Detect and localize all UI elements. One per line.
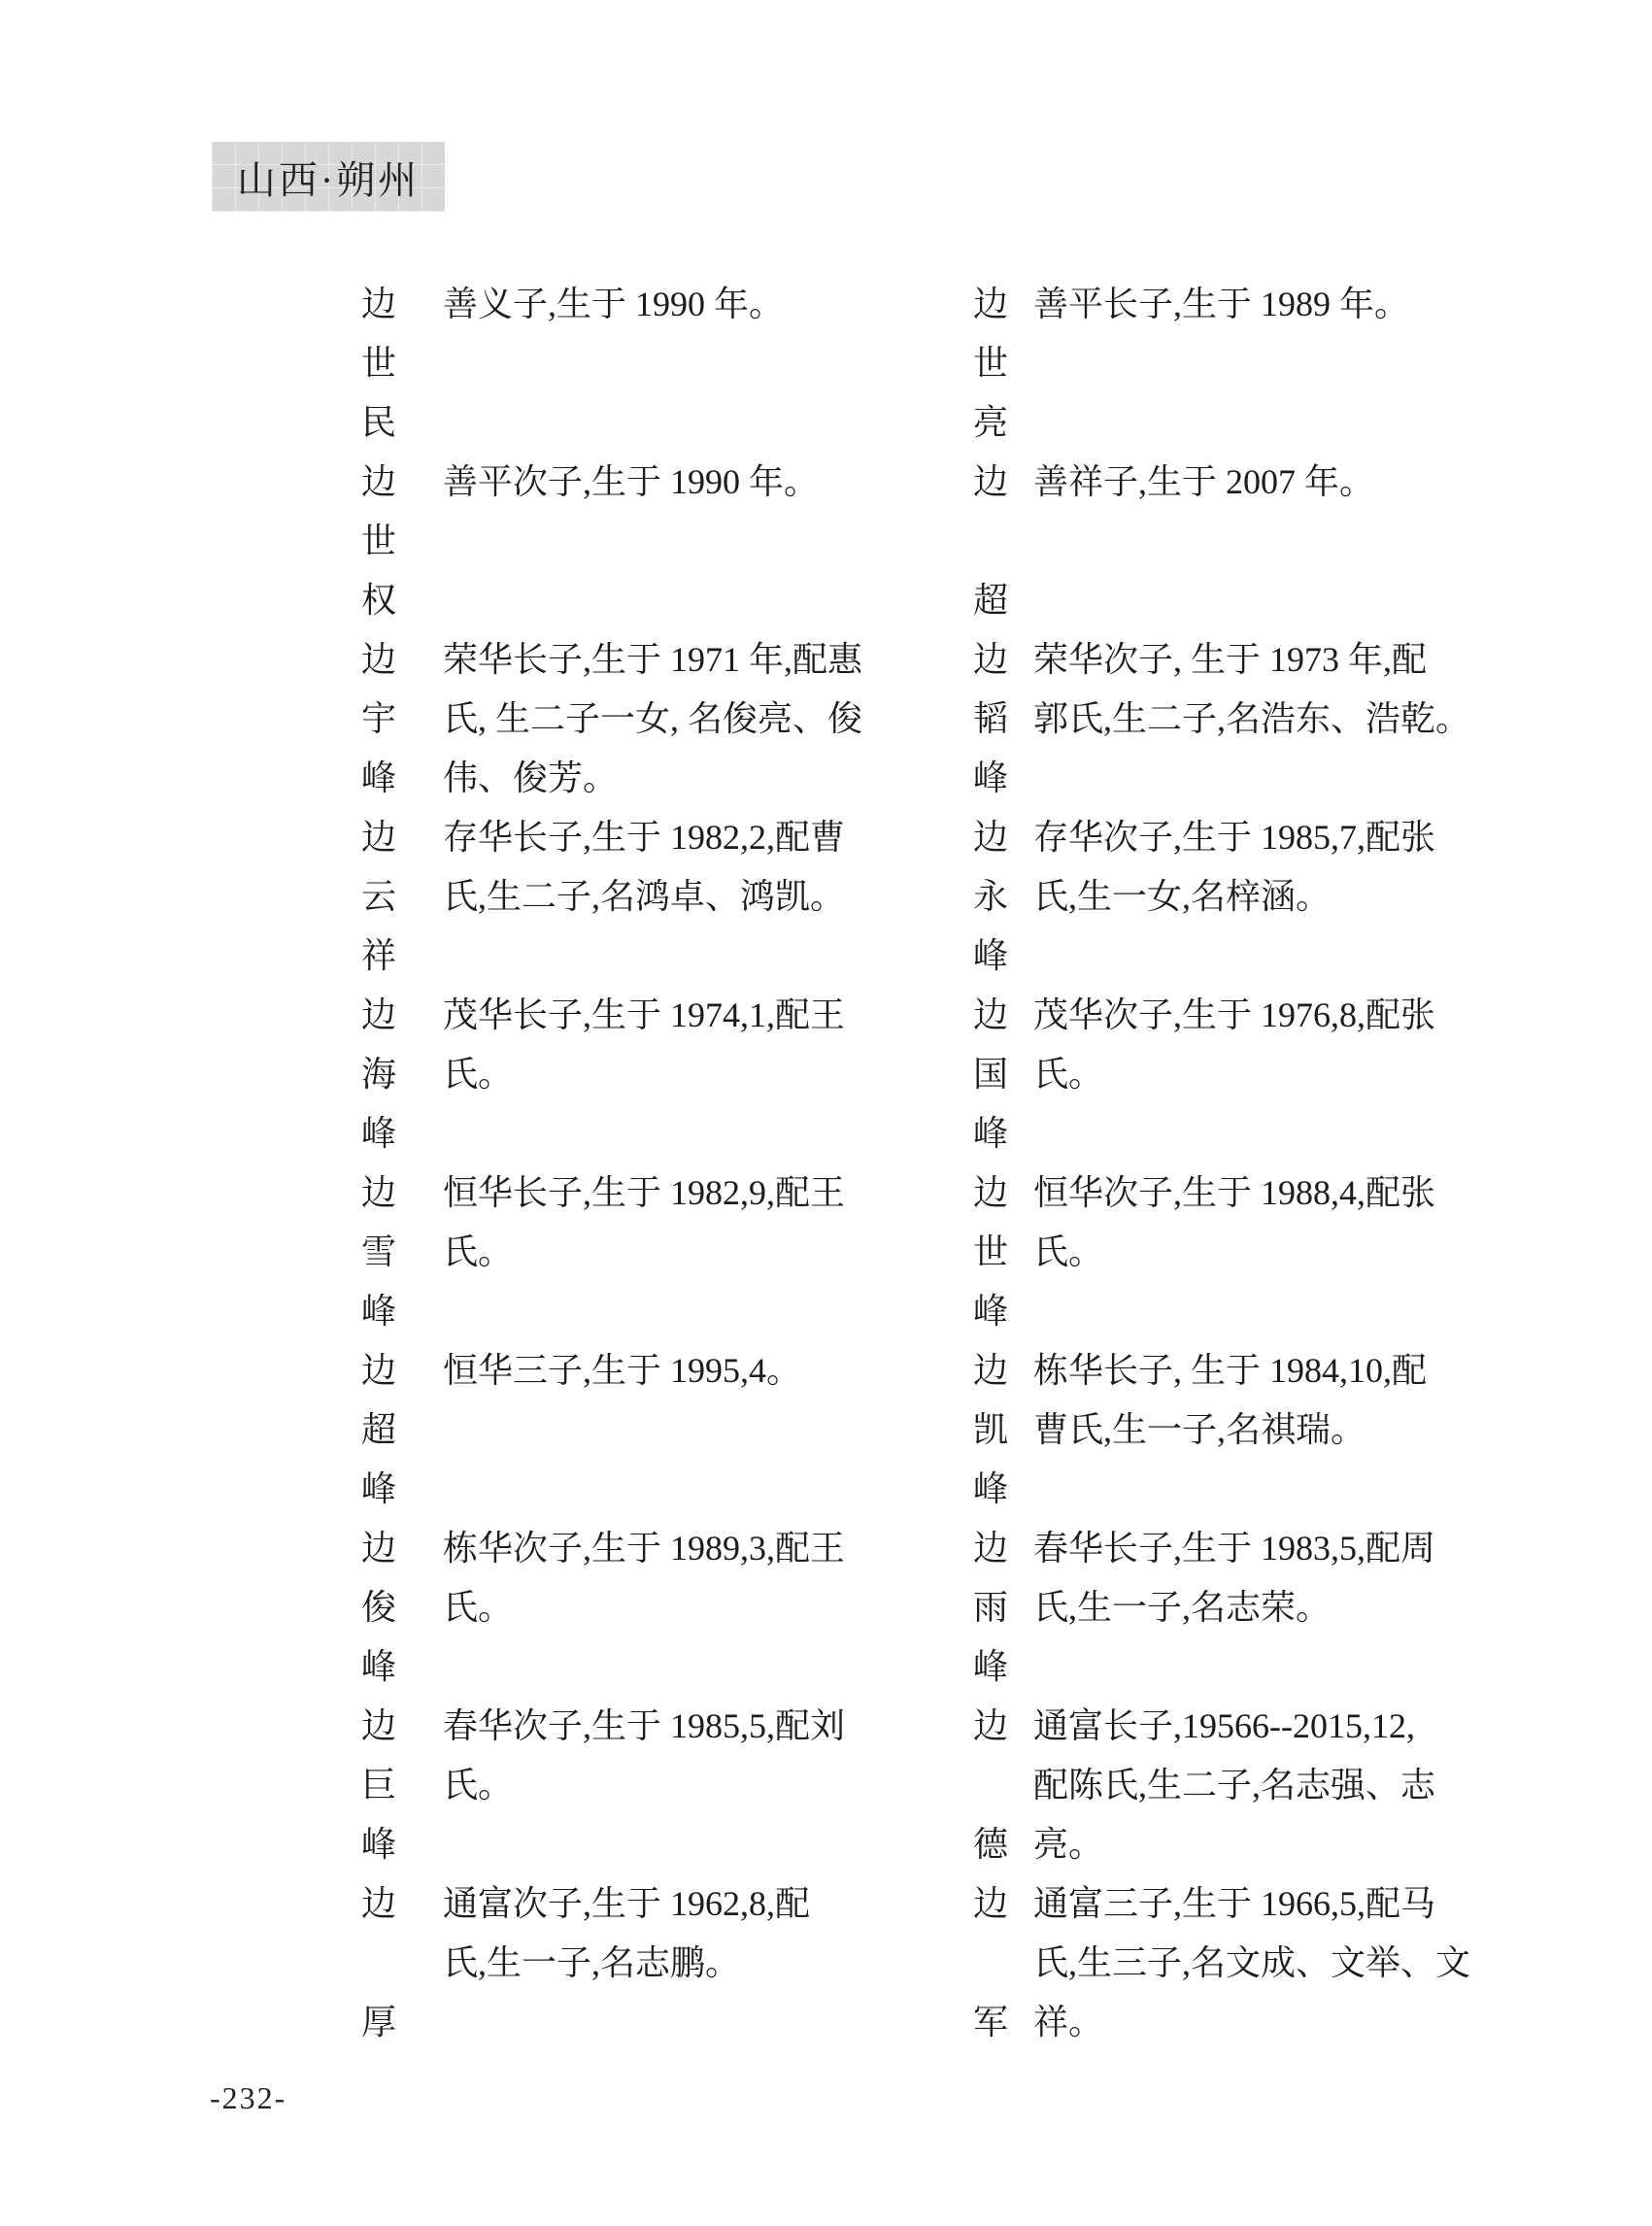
record-line: 茂华次子,生于 1976,8,配张 [1033,986,1435,1045]
name-char: 超 [971,571,1010,630]
genealogy-entry: 边宇峰 荣华长子,生于 1971 年,配惠氏, 生二子一女, 名俊亮、俊伟、俊芳… [359,630,860,808]
person-record-text: 通富长子,19566--2015,12,配陈氏,生二子,名志强、志亮。 [1033,1697,1435,1874]
name-char: 世 [359,334,398,393]
genealogy-entry: 边韬峰 荣华次子, 生于 1973 年,配郭氏,生二子,名浩东、浩乾。 [971,630,1481,808]
record-line: 茂华长子,生于 1974,1,配王 [443,986,845,1045]
record-line: 氏。 [1033,1045,1435,1104]
record-line: 氏,生一子,名志荣。 [1033,1578,1435,1637]
name-char: 边 [359,808,398,867]
name-char: 边 [971,1164,1010,1223]
record-line: 氏。 [443,1045,845,1104]
record-line: 氏,生三子,名文成、文举、文 [1033,1934,1470,1993]
name-char: 雪 [359,1223,398,1282]
name-char: 峰 [359,1282,398,1341]
name-char: 边 [359,1697,398,1756]
name-char: 峰 [359,749,398,808]
name-char: 峰 [971,1637,1010,1697]
name-char: 边 [359,1164,398,1223]
record-line: 栋华长子, 生于 1984,10,配 [1033,1341,1427,1400]
genealogy-entry: 边凯峰 栋华长子, 生于 1984,10,配曹氏,生一子,名祺瑞。 [971,1341,1481,1519]
name-char: 峰 [971,1282,1010,1341]
record-line: 恒华三子,生于 1995,4。 [443,1341,801,1400]
person-name-vertical: 边超 [971,453,1010,630]
record-line: 恒华长子,生于 1982,9,配王 [443,1164,845,1223]
region-header-badge: 山西·朔州 [212,142,445,212]
record-line: 存华长子,生于 1982,2,配曹 [443,808,845,867]
person-name-vertical: 边军 [971,1874,1010,2052]
record-line: 氏,生一子,名志鹏。 [443,1934,810,1993]
name-char: 军 [971,1993,1010,2052]
genealogy-entry: 边国峰 茂华次子,生于 1976,8,配张氏。 [971,986,1481,1164]
name-char: 超 [359,1400,398,1460]
person-name-vertical: 边厚 [359,1874,398,2052]
record-line: 氏,生二子,名鸿卓、鸿凯。 [443,867,845,927]
name-char: 巨 [359,1756,398,1815]
person-name-vertical: 边云祥 [359,808,398,986]
record-line: 善平次子,生于 1990 年。 [443,453,819,512]
genealogy-entry: 边超 善祥子,生于 2007 年。 [971,453,1481,630]
genealogy-entry: 边海峰 茂华长子,生于 1974,1,配王氏。 [359,986,860,1164]
name-char: 权 [359,571,398,630]
name-char: 边 [359,453,398,512]
record-line: 郭氏,生二子,名浩东、浩乾。 [1033,690,1470,749]
person-name-vertical: 边韬峰 [971,630,1010,808]
genealogy-entry: 边世亮 善平长子,生于 1989 年。 [971,275,1481,453]
person-record-text: 荣华长子,生于 1971 年,配惠氏, 生二子一女, 名俊亮、俊伟、俊芳。 [443,630,862,808]
record-line: 氏,生一女,名梓涵。 [1033,867,1435,927]
name-char: 边 [971,808,1010,867]
name-char: 边 [971,986,1010,1045]
genealogy-entry: 边世权 善平次子,生于 1990 年。 [359,453,860,630]
name-char: 峰 [359,1637,398,1697]
name-char: 永 [971,867,1010,927]
person-record-text: 荣华次子, 生于 1973 年,配郭氏,生二子,名浩东、浩乾。 [1033,630,1470,749]
record-line: 恒华次子,生于 1988,4,配张 [1033,1164,1435,1223]
record-line: 通富三子,生于 1966,5,配马 [1033,1874,1470,1934]
person-name-vertical: 边德 [971,1697,1010,1874]
name-char: 边 [359,1519,398,1578]
person-name-vertical: 边世亮 [971,275,1010,453]
genealogy-entry: 边俊峰 栋华次子,生于 1989,3,配王氏。 [359,1519,860,1697]
person-name-vertical: 边凯峰 [971,1341,1010,1519]
person-record-text: 茂华长子,生于 1974,1,配王氏。 [443,986,845,1104]
record-line: 氏。 [1033,1223,1435,1282]
name-char: 峰 [971,1104,1010,1164]
name-char: 世 [359,512,398,571]
person-record-text: 恒华次子,生于 1988,4,配张氏。 [1033,1164,1435,1282]
person-record-text: 恒华长子,生于 1982,9,配王氏。 [443,1164,845,1282]
name-char: 边 [359,1874,398,1934]
name-char: 边 [971,1697,1010,1756]
person-record-text: 存华次子,生于 1985,7,配张氏,生一女,名梓涵。 [1033,808,1435,927]
person-name-vertical: 边宇峰 [359,630,398,808]
name-char: 国 [971,1045,1010,1104]
person-record-text: 栋华长子, 生于 1984,10,配曹氏,生一子,名祺瑞。 [1033,1341,1427,1460]
record-line: 配陈氏,生二子,名志强、志 [1033,1756,1435,1815]
record-line: 栋华次子,生于 1989,3,配王 [443,1519,845,1578]
person-name-vertical: 边雪峰 [359,1164,398,1341]
name-char: 云 [359,867,398,927]
name-char: 峰 [971,1460,1010,1519]
name-char: 边 [359,275,398,334]
person-record-text: 茂华次子,生于 1976,8,配张氏。 [1033,986,1435,1104]
record-line: 存华次子,生于 1985,7,配张 [1033,808,1435,867]
person-name-vertical: 边世民 [359,275,398,453]
name-char: 边 [971,630,1010,690]
left-column: 边世民 善义子,生于 1990 年。 边世权 善平次子,生于 1990 年。 边… [359,275,860,2052]
name-char: 边 [971,1341,1010,1400]
name-char: 海 [359,1045,398,1104]
person-record-text: 善义子,生于 1990 年。 [443,275,784,334]
person-name-vertical: 边海峰 [359,986,398,1164]
genealogy-entry: 边雪峰 恒华长子,生于 1982,9,配王氏。 [359,1164,860,1341]
genealogy-entry: 边军 通富三子,生于 1966,5,配马氏,生三子,名文成、文举、文祥。 [971,1874,1481,2052]
record-line: 善平长子,生于 1989 年。 [1033,275,1409,334]
genealogy-entry: 边云祥 存华长子,生于 1982,2,配曹氏,生二子,名鸿卓、鸿凯。 [359,808,860,986]
record-line: 善祥子,生于 2007 年。 [1033,453,1374,512]
page-number: -232- [210,2080,287,2116]
person-record-text: 春华次子,生于 1985,5,配刘氏。 [443,1697,845,1815]
person-record-text: 栋华次子,生于 1989,3,配王氏。 [443,1519,845,1637]
right-column: 边世亮 善平长子,生于 1989 年。 边超 善祥子,生于 2007 年。 边韬… [971,275,1481,2052]
name-char: 俊 [359,1578,398,1637]
genealogy-entry: 边永峰 存华次子,生于 1985,7,配张氏,生一女,名梓涵。 [971,808,1481,986]
genealogy-entry: 边厚 通富次子,生于 1962,8,配氏,生一子,名志鹏。 [359,1874,860,2052]
person-record-text: 存华长子,生于 1982,2,配曹氏,生二子,名鸿卓、鸿凯。 [443,808,845,927]
record-line: 氏。 [443,1223,845,1282]
name-char: 雨 [971,1578,1010,1637]
name-char: 亮 [971,393,1010,453]
genealogy-entry: 边雨峰 春华长子,生于 1983,5,配周氏,生一子,名志荣。 [971,1519,1481,1697]
record-line: 亮。 [1033,1815,1435,1874]
person-name-vertical: 边超峰 [359,1341,398,1519]
name-char: 峰 [971,749,1010,808]
person-name-vertical: 边永峰 [971,808,1010,986]
name-char: 峰 [971,927,1010,986]
name-char: 韬 [971,690,1010,749]
name-char: 峰 [359,1815,398,1874]
record-line: 曹氏,生一子,名祺瑞。 [1033,1400,1427,1460]
record-line: 氏, 生二子一女, 名俊亮、俊 [443,690,862,749]
name-char: 边 [971,453,1010,512]
name-char: 德 [971,1815,1010,1874]
genealogy-entry: 边世峰 恒华次子,生于 1988,4,配张氏。 [971,1164,1481,1341]
name-char: 祥 [359,927,398,986]
record-line: 荣华长子,生于 1971 年,配惠 [443,630,862,690]
name-char: 宇 [359,690,398,749]
genealogy-entry: 边超峰 恒华三子,生于 1995,4。 [359,1341,860,1519]
record-line: 善义子,生于 1990 年。 [443,275,784,334]
record-line: 春华长子,生于 1983,5,配周 [1033,1519,1435,1578]
name-char: 边 [359,1341,398,1400]
record-line: 通富次子,生于 1962,8,配 [443,1874,810,1934]
record-line: 氏。 [443,1578,845,1637]
record-line: 祥。 [1033,1993,1470,2052]
name-char: 峰 [359,1460,398,1519]
person-name-vertical: 边雨峰 [971,1519,1010,1697]
person-name-vertical: 边世权 [359,453,398,630]
genealogy-entry: 边巨峰 春华次子,生于 1985,5,配刘氏。 [359,1697,860,1874]
person-record-text: 善平长子,生于 1989 年。 [1033,275,1409,334]
name-char: 边 [971,1519,1010,1578]
name-char: 边 [971,1874,1010,1934]
genealogy-entry: 边世民 善义子,生于 1990 年。 [359,275,860,453]
name-char: 边 [971,275,1010,334]
person-record-text: 善祥子,生于 2007 年。 [1033,453,1374,512]
name-char: 凯 [971,1400,1010,1460]
record-line: 荣华次子, 生于 1973 年,配 [1033,630,1470,690]
record-line: 氏。 [443,1756,845,1815]
person-name-vertical: 边国峰 [971,986,1010,1164]
person-record-text: 通富三子,生于 1966,5,配马氏,生三子,名文成、文举、文祥。 [1033,1874,1470,2052]
name-char: 峰 [359,1104,398,1164]
person-record-text: 善平次子,生于 1990 年。 [443,453,819,512]
name-char: 边 [359,986,398,1045]
person-name-vertical: 边巨峰 [359,1697,398,1874]
record-line: 春华次子,生于 1985,5,配刘 [443,1697,845,1756]
person-record-text: 春华长子,生于 1983,5,配周氏,生一子,名志荣。 [1033,1519,1435,1637]
person-name-vertical: 边世峰 [971,1164,1010,1341]
name-char: 民 [359,393,398,453]
record-line: 通富长子,19566--2015,12, [1033,1697,1435,1756]
name-char: 世 [971,334,1010,393]
name-char: 厚 [359,1993,398,2052]
scanned-page: 山西·朔州 边世民 善义子,生于 1990 年。 边世权 善平次子,生于 199… [0,0,1652,2226]
genealogy-entry: 边德 通富长子,19566--2015,12,配陈氏,生二子,名志强、志亮。 [971,1697,1481,1874]
person-name-vertical: 边俊峰 [359,1519,398,1697]
name-char: 世 [971,1223,1010,1282]
name-char: 边 [359,630,398,690]
record-line: 伟、俊芳。 [443,749,862,808]
person-record-text: 通富次子,生于 1962,8,配氏,生一子,名志鹏。 [443,1874,810,1993]
person-record-text: 恒华三子,生于 1995,4。 [443,1341,801,1400]
